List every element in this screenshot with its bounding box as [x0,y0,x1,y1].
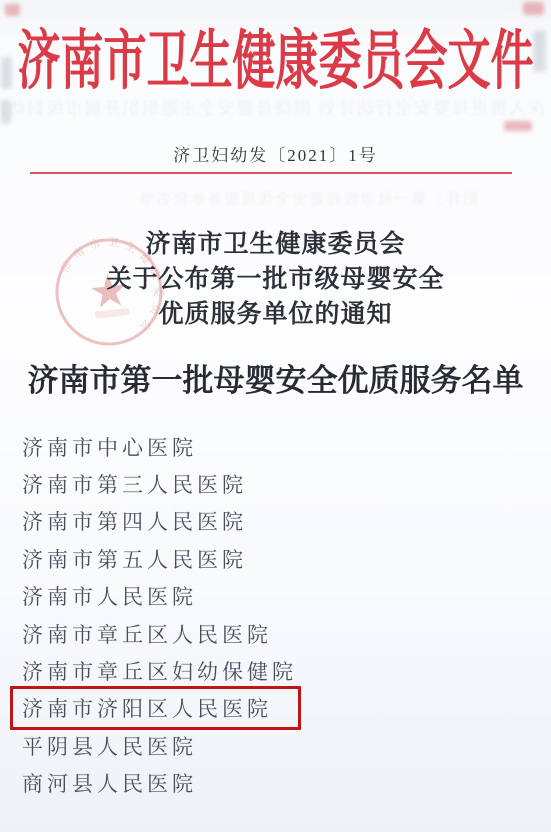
red-separator-line [30,172,512,174]
hospital-name: 济南市中心医院 [22,432,197,462]
notice-title-line-2: 关于公布第一批市级母婴安全 [0,262,551,297]
hospital-list-item: 济南市章丘区妇幼保健院 [22,652,527,689]
list-title: 济南市第一批母婴安全优质服务名单 [0,355,551,400]
hospital-list-item-highlighted: 济南市济阳区人民医院 [22,690,527,727]
notice-title-line-1: 济南市卫生健康委员会 [0,227,551,262]
hospital-list-item: 济南市中心医院 [22,428,527,465]
hospital-name-highlighted: 济南市济阳区人民医院 [10,686,301,730]
hospital-name: 平阴县人民医院 [22,731,197,761]
hospital-name: 济南市第五人民医院 [22,544,247,574]
hospital-name: 济南市章丘区妇幼保健院 [22,656,297,686]
scanned-document-page: 深入推进母婴安全行动计划 围绕母婴安全主题组织开展市级妇幼评审 附件：第一批市级… [0,0,551,832]
hospital-name: 商河县人民医院 [22,768,197,798]
hospital-list-item: 济南市第四人民医院 [22,503,527,540]
letterhead-title-text: 济南市卫生健康委员会文件 [18,10,534,102]
hospital-list: 济南市中心医院 济南市第三人民医院 济南市第四人民医院 济南市第五人民医院 济南… [22,428,527,802]
document-number: 济卫妇幼发〔2021〕1号 [0,141,551,166]
hospital-list-item: 济南市第五人民医院 [22,540,527,577]
hospital-list-item: 济南市章丘区人民医院 [22,615,527,652]
hospital-list-item: 商河县人民医院 [22,765,527,802]
hospital-name: 济南市第三人民医院 [22,469,247,499]
hospital-list-item: 平阴县人民医院 [22,727,527,764]
letterhead-title: 济南市卫生健康委员会文件 [0,14,551,98]
hospital-list-item: 济南市人民医院 [22,578,527,615]
hospital-list-item: 济南市第三人民医院 [22,465,527,502]
hospital-name: 济南市人民医院 [22,581,197,611]
bleedthrough-text-line: 附件：第一批市级母婴安全优质服务单位名单 [110,188,505,209]
scan-edge-mark [1,100,11,124]
hospital-name: 济南市章丘区人民医院 [22,619,272,649]
hospital-name: 济南市第四人民医院 [22,506,247,536]
notice-title: 济南市卫生健康委员会 关于公布第一批市级母婴安全 优质服务单位的通知 [0,227,551,332]
scan-edge-mark [504,121,532,131]
notice-title-line-3: 优质服务单位的通知 [0,297,551,332]
